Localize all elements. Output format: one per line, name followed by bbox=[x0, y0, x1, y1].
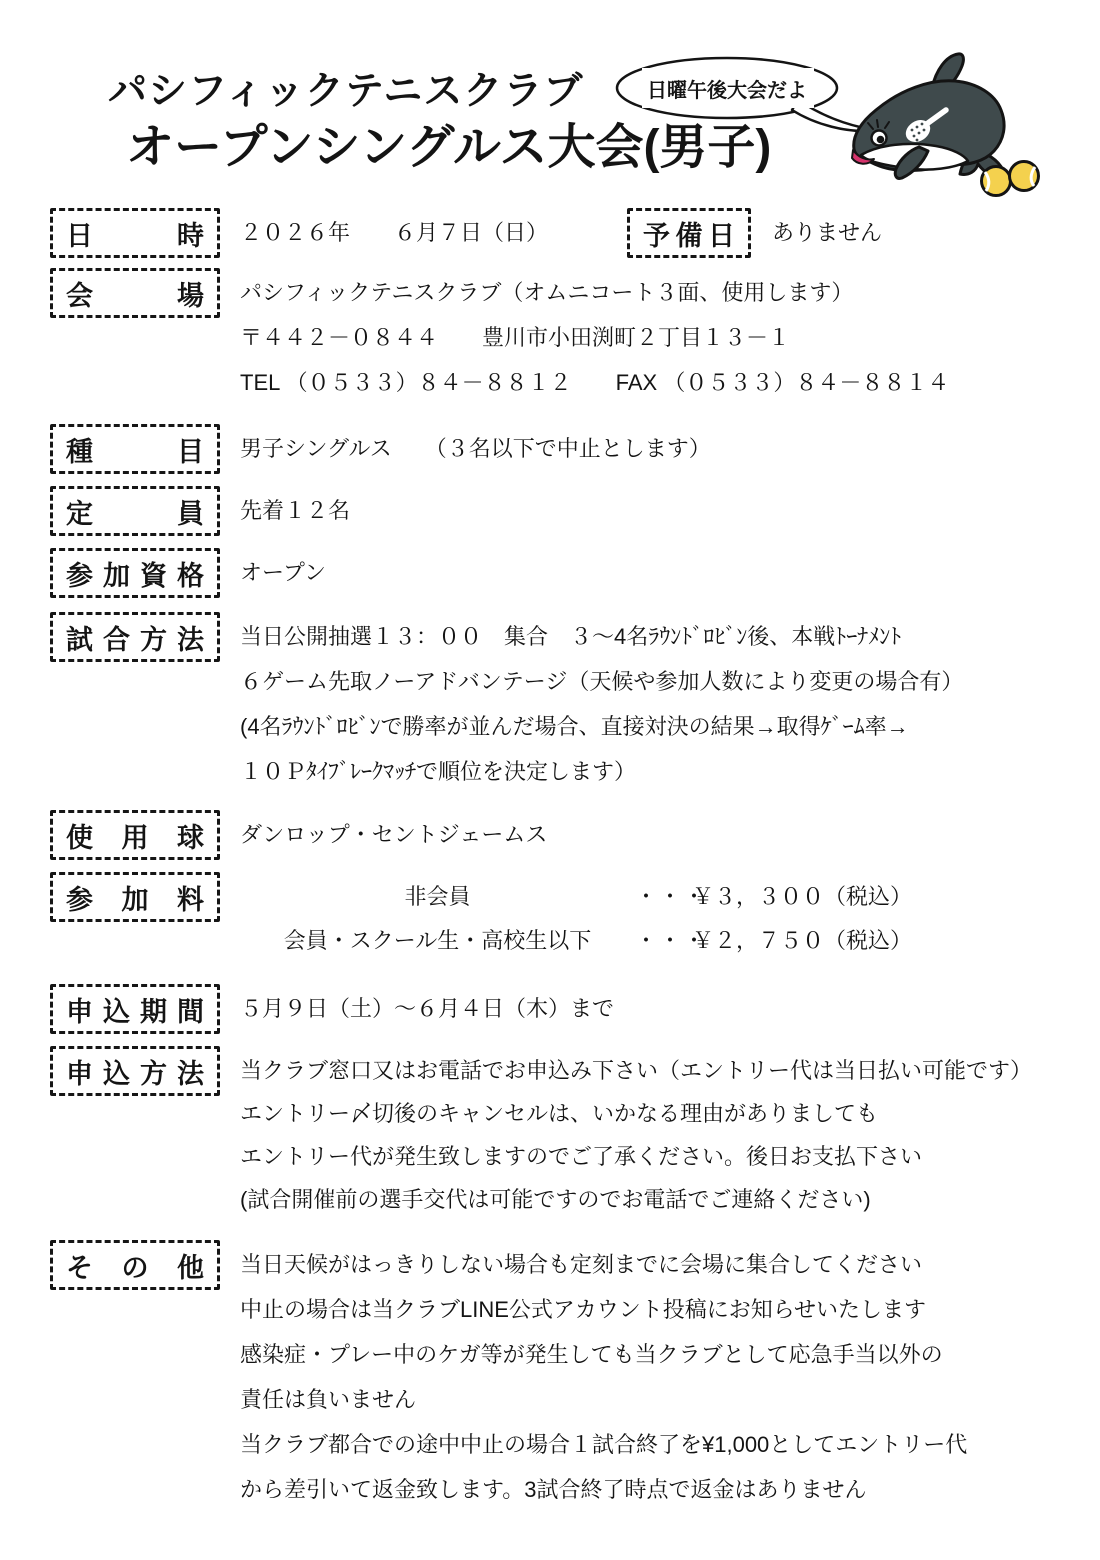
venue-label-box: 会場 bbox=[50, 268, 220, 318]
other-line: 当クラブ都合での途中中止の場合１試合終了を¥1,000としてエントリー代 bbox=[240, 1422, 967, 1467]
ball-label-box: 使用球 bbox=[50, 810, 220, 860]
match-format-lines: 当日公開抽選１３：００ 集合 ３～4名ﾗｳﾝﾄﾞﾛﾋﾞﾝ後、本戦ﾄｰﾅﾒﾝﾄ ６… bbox=[240, 614, 963, 794]
other-line: 責任は負いません bbox=[240, 1377, 967, 1422]
datetime-label: 日時 bbox=[66, 214, 204, 253]
tennis-balls-icon bbox=[982, 162, 1039, 196]
flyer-page: パシフィックテニスクラブ オープンシングルス大会(男子) 日曜午後大会だよ bbox=[0, 0, 1100, 1560]
other-line: 中止の場合は当クラブLINE公式アカウント投稿にお知らせいたします bbox=[240, 1287, 967, 1332]
reserve-day-label: 予備日 bbox=[643, 214, 735, 253]
eligibility-label-box: 参加資格 bbox=[50, 548, 220, 598]
fee-dots: ・・・ bbox=[635, 875, 692, 919]
match-format-label-box: 試合方法 bbox=[50, 612, 220, 662]
fee-category: 会員・スクール生・高校生以下 bbox=[240, 919, 635, 963]
other-line: 感染症・プレー中のケガ等が発生しても当クラブとして応急手当以外の bbox=[240, 1332, 967, 1377]
venue-tel-fax: TEL （０５３３）８４－８８１２ FAX （０５３３）８４－８８１４ bbox=[240, 360, 949, 405]
venue-lines: パシフィックテニスクラブ（オムニコート３面、使用します） 〒４４２－０８４４ 豊… bbox=[240, 270, 949, 405]
application-method-lines: 当クラブ窓口又はお電話でお申込み下さい（エントリー代は当日払い可能です） エント… bbox=[240, 1049, 1032, 1221]
event-value: 男子シングルス （３名以下で中止とします） bbox=[240, 424, 711, 474]
orca-icon bbox=[848, 52, 1063, 204]
application-method-line: (試合開催前の選手交代は可能ですのでお電話でご連絡ください) bbox=[240, 1178, 1032, 1221]
application-period-label: 申込期間 bbox=[66, 990, 204, 1029]
application-period-value: ５月９日（土）～６月４日（木）まで bbox=[240, 984, 614, 1034]
capacity-label: 定員 bbox=[66, 492, 204, 531]
eligibility-value: オープン bbox=[240, 548, 326, 598]
event-label: 種目 bbox=[66, 430, 204, 469]
fee-label: 参加料 bbox=[66, 878, 204, 917]
reserve-day-value: ありません bbox=[772, 208, 882, 258]
other-line: 当日天候がはっきりしない場合も定刻までに会場に集合してください bbox=[240, 1242, 967, 1287]
match-format-label: 試合方法 bbox=[66, 618, 204, 657]
application-method-line: エントリー〆切後のキャンセルは、いかなる理由がありましても bbox=[240, 1092, 1032, 1135]
ball-label: 使用球 bbox=[66, 816, 204, 855]
capacity-label-box: 定員 bbox=[50, 486, 220, 536]
fee-price: ￥３，３００（税込） bbox=[692, 875, 912, 919]
other-line: から差引いて返金致します。3試合終了時点で返金はありません bbox=[240, 1467, 967, 1512]
match-format-line: １０Ｐﾀｲﾌﾞﾚｰｸﾏｯﾁで順位を決定します） bbox=[240, 749, 963, 794]
match-format-line: ６ゲーム先取ノーアドバンテージ（天候や参加人数により変更の場合有） bbox=[240, 659, 963, 704]
other-label: その他 bbox=[66, 1246, 204, 1285]
application-method-label-box: 申込方法 bbox=[50, 1046, 220, 1096]
application-method-label: 申込方法 bbox=[66, 1052, 204, 1091]
match-format-line: 当日公開抽選１３：００ 集合 ３～4名ﾗｳﾝﾄﾞﾛﾋﾞﾝ後、本戦ﾄｰﾅﾒﾝﾄ bbox=[240, 614, 963, 659]
ball-value: ダンロップ・セントジェームス bbox=[240, 810, 547, 860]
capacity-value: 先着１２名 bbox=[240, 486, 350, 536]
application-period-label-box: 申込期間 bbox=[50, 984, 220, 1034]
event-label-box: 種目 bbox=[50, 424, 220, 474]
fee-category: 非会員 bbox=[240, 875, 635, 919]
application-method-line: エントリー代が発生致しますのでご了承ください。後日お支払下さい bbox=[240, 1135, 1032, 1178]
venue-label: 会場 bbox=[66, 274, 204, 313]
eligibility-label: 参加資格 bbox=[66, 554, 204, 593]
other-label-box: その他 bbox=[50, 1240, 220, 1290]
reserve-day-label-box: 予備日 bbox=[627, 208, 751, 258]
match-format-line: (4名ﾗｳﾝﾄﾞﾛﾋﾞﾝで勝率が並んだ場合、直接対決の結果→取得ｹﾞｰﾑ率→ bbox=[240, 704, 963, 749]
fee-row-nonmember: 非会員 ・・・ ￥３，３００（税込） bbox=[240, 875, 912, 919]
application-method-line: 当クラブ窓口又はお電話でお申込み下さい（エントリー代は当日払い可能です） bbox=[240, 1049, 1032, 1092]
venue-name: パシフィックテニスクラブ（オムニコート３面、使用します） bbox=[240, 270, 949, 315]
datetime-value: ２０２６年 ６月７日（日） bbox=[240, 208, 548, 258]
fee-price: ￥２，７５０（税込） bbox=[692, 919, 912, 963]
speech-bubble-text: 日曜午後大会だよ bbox=[624, 74, 830, 103]
fee-row-member: 会員・スクール生・高校生以下 ・・・ ￥２，７５０（税込） bbox=[240, 919, 912, 963]
fee-label-box: 参加料 bbox=[50, 872, 220, 922]
datetime-label-box: 日時 bbox=[50, 208, 220, 258]
orca-mascot-illustration bbox=[848, 52, 1063, 204]
fee-dots: ・・・ bbox=[635, 919, 692, 963]
fee-table: 非会員 ・・・ ￥３，３００（税込） 会員・スクール生・高校生以下 ・・・ ￥２… bbox=[240, 875, 912, 963]
other-lines: 当日天候がはっきりしない場合も定刻までに会場に集合してください 中止の場合は当ク… bbox=[240, 1242, 967, 1512]
venue-address: 〒４４２－０８４４ 豊川市小田渕町２丁目１３－１ bbox=[240, 315, 949, 360]
